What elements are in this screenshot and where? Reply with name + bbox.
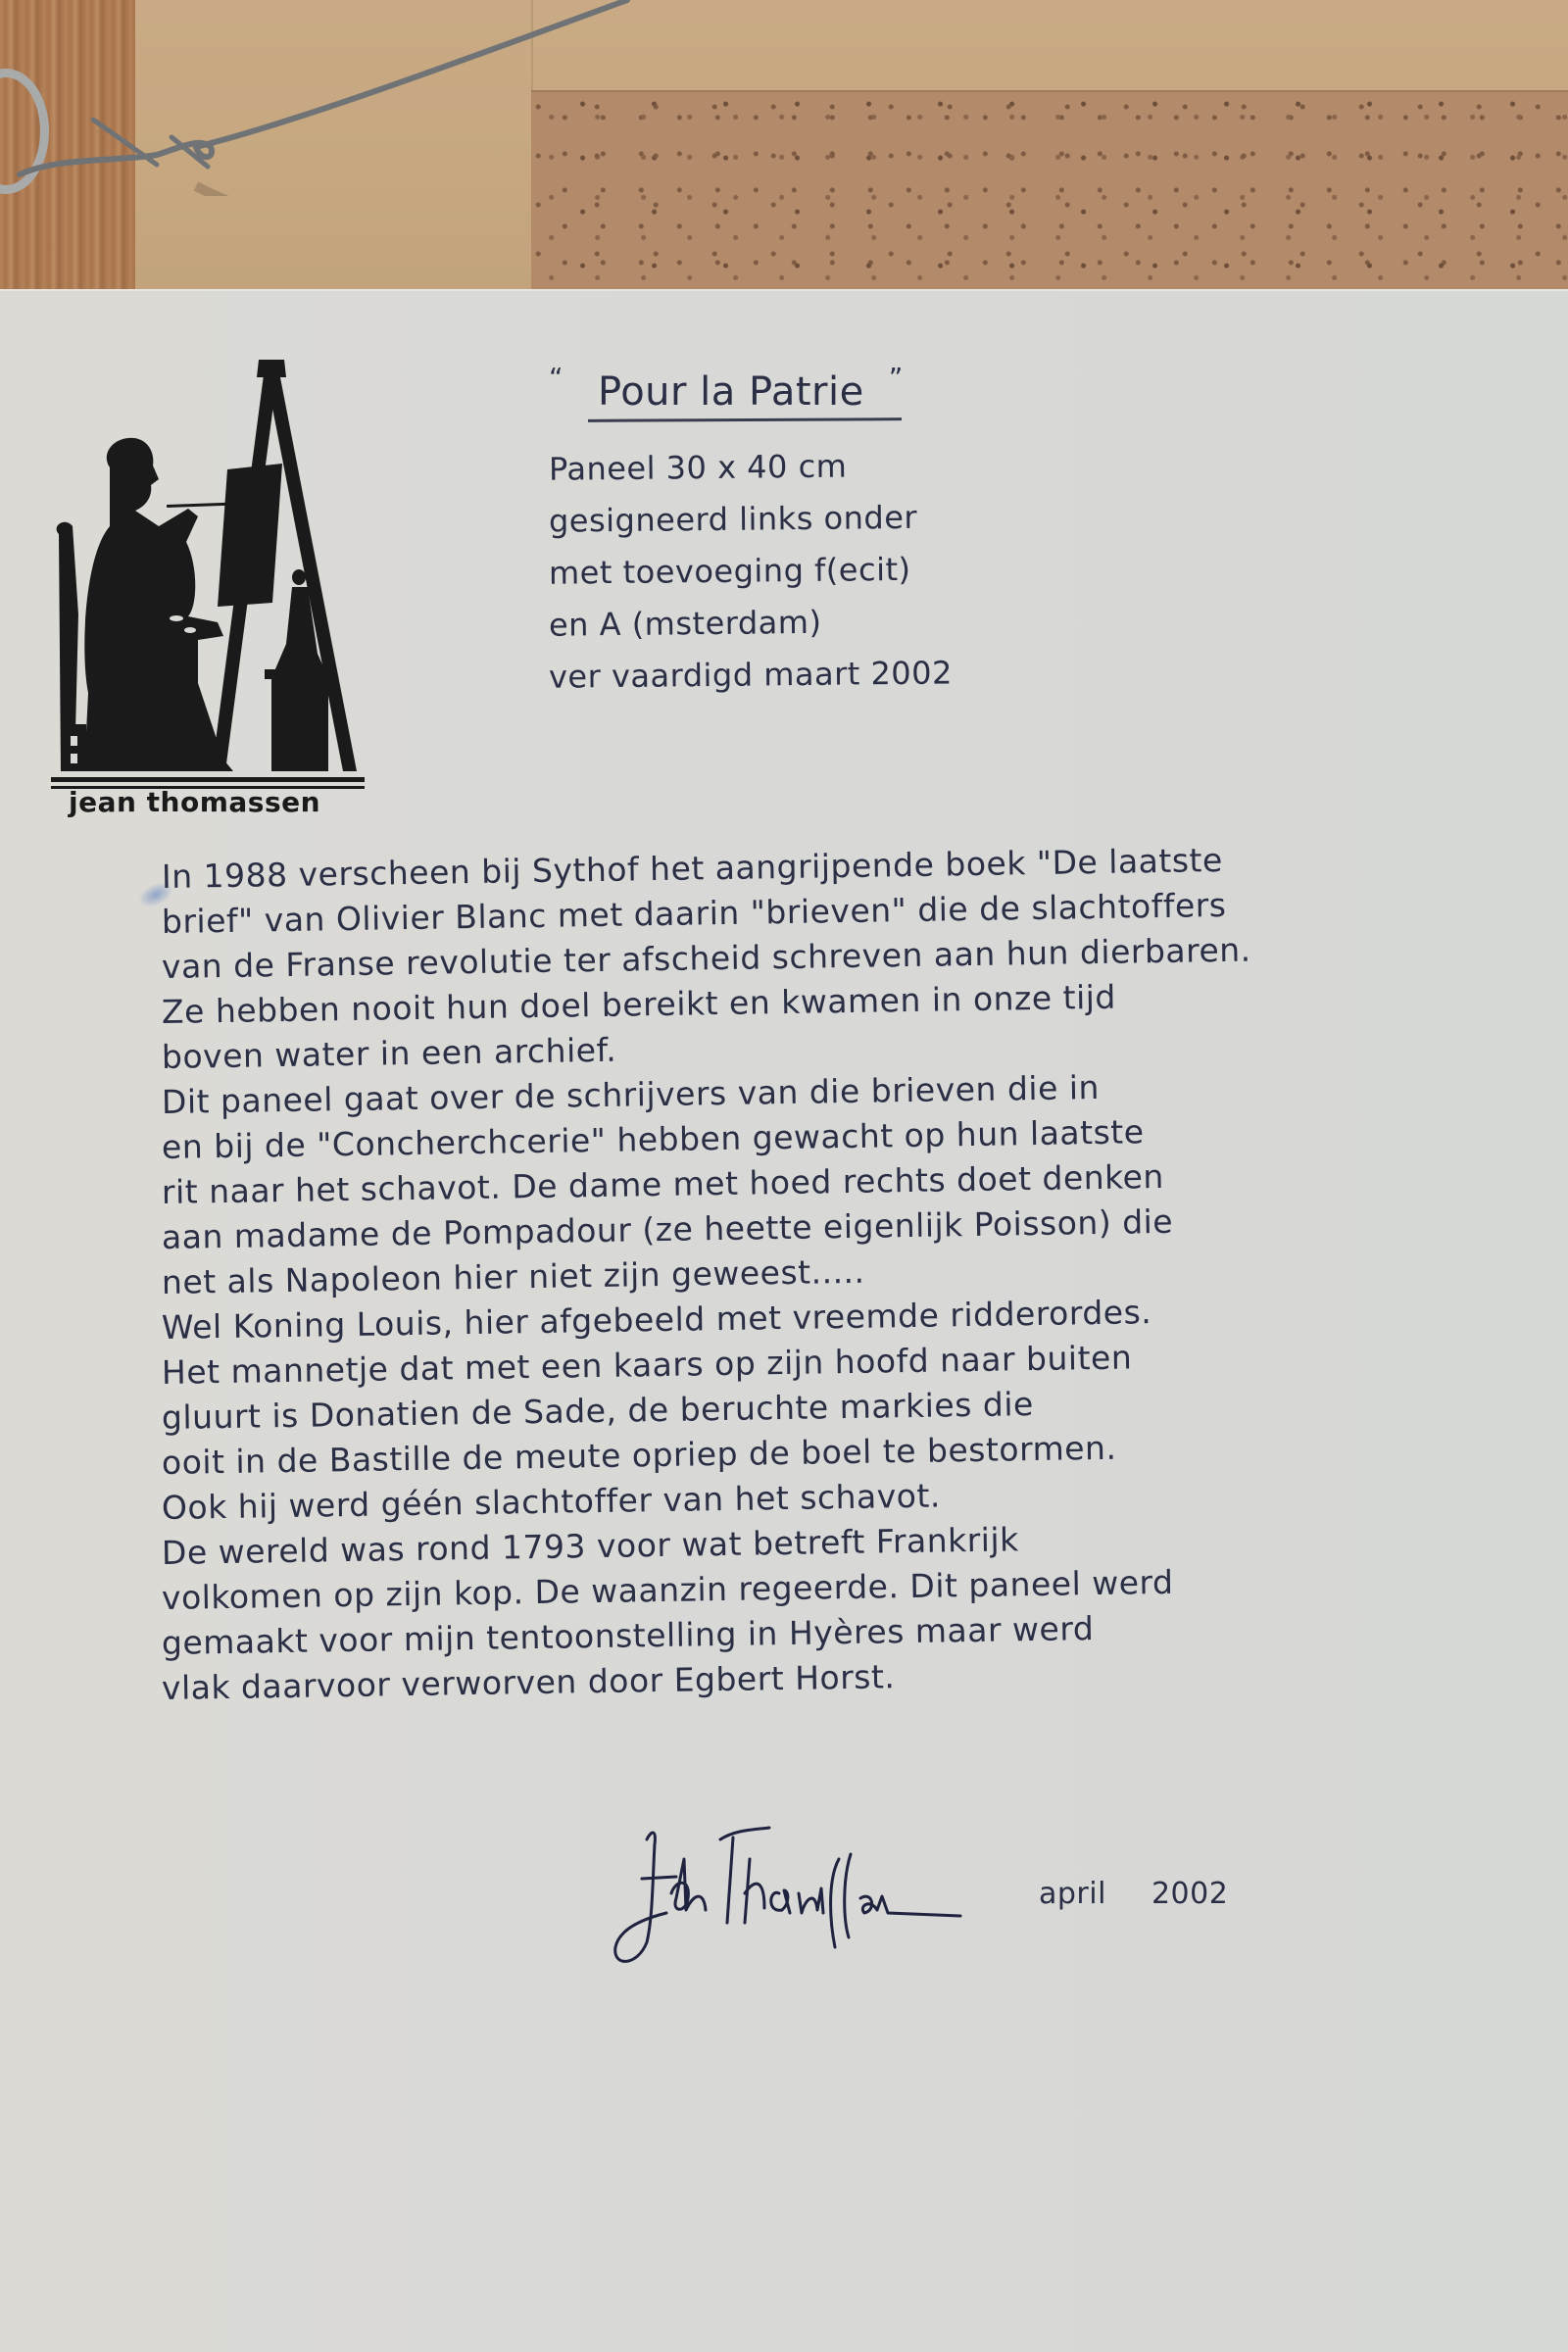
title-close-quote: ” [889,362,904,394]
handwritten-description: In 1988 verscheen bij Sythof het aangrij… [162,855,1436,1711]
spec-addition: met toevoeging f(ecit) [549,542,1059,599]
signature-date: april2002 [1039,1877,1273,1911]
logo-caption: jean thomassen [69,786,363,818]
artwork-info: “ Pour la Patrie ” Paneel 30 x 40 cm ges… [549,369,1058,701]
title-open-quote: “ [549,362,563,394]
signature-month: april [1039,1877,1106,1911]
frame-backing [0,0,1568,289]
painter-at-easel-silhouette-icon [51,360,365,820]
signature-block: april2002 [608,1800,1392,1977]
handwritten-signature-icon [608,1800,980,1977]
spec-signature-position: gesigneerd links onder [549,490,1059,547]
title-underline [588,417,902,422]
artwork-specs: Paneel 30 x 40 cm gesigneerd links onder… [549,441,1058,701]
spec-place: en A (msterdam) [549,594,1059,651]
document-sheet: jean thomassen “ Pour la Patrie ” Paneel… [0,289,1568,2352]
artwork-title: “ Pour la Patrie ” [549,369,864,415]
hanging-wire-icon [0,0,686,196]
spec-date-made: ver vaardigd maart 2002 [549,646,1059,703]
signature-year: 2002 [1151,1877,1228,1911]
hardboard-panel [531,90,1568,291]
spec-medium-size: Paneel 30 x 40 cm [549,438,1059,495]
artwork-title-text: Pour la Patrie [598,369,864,415]
